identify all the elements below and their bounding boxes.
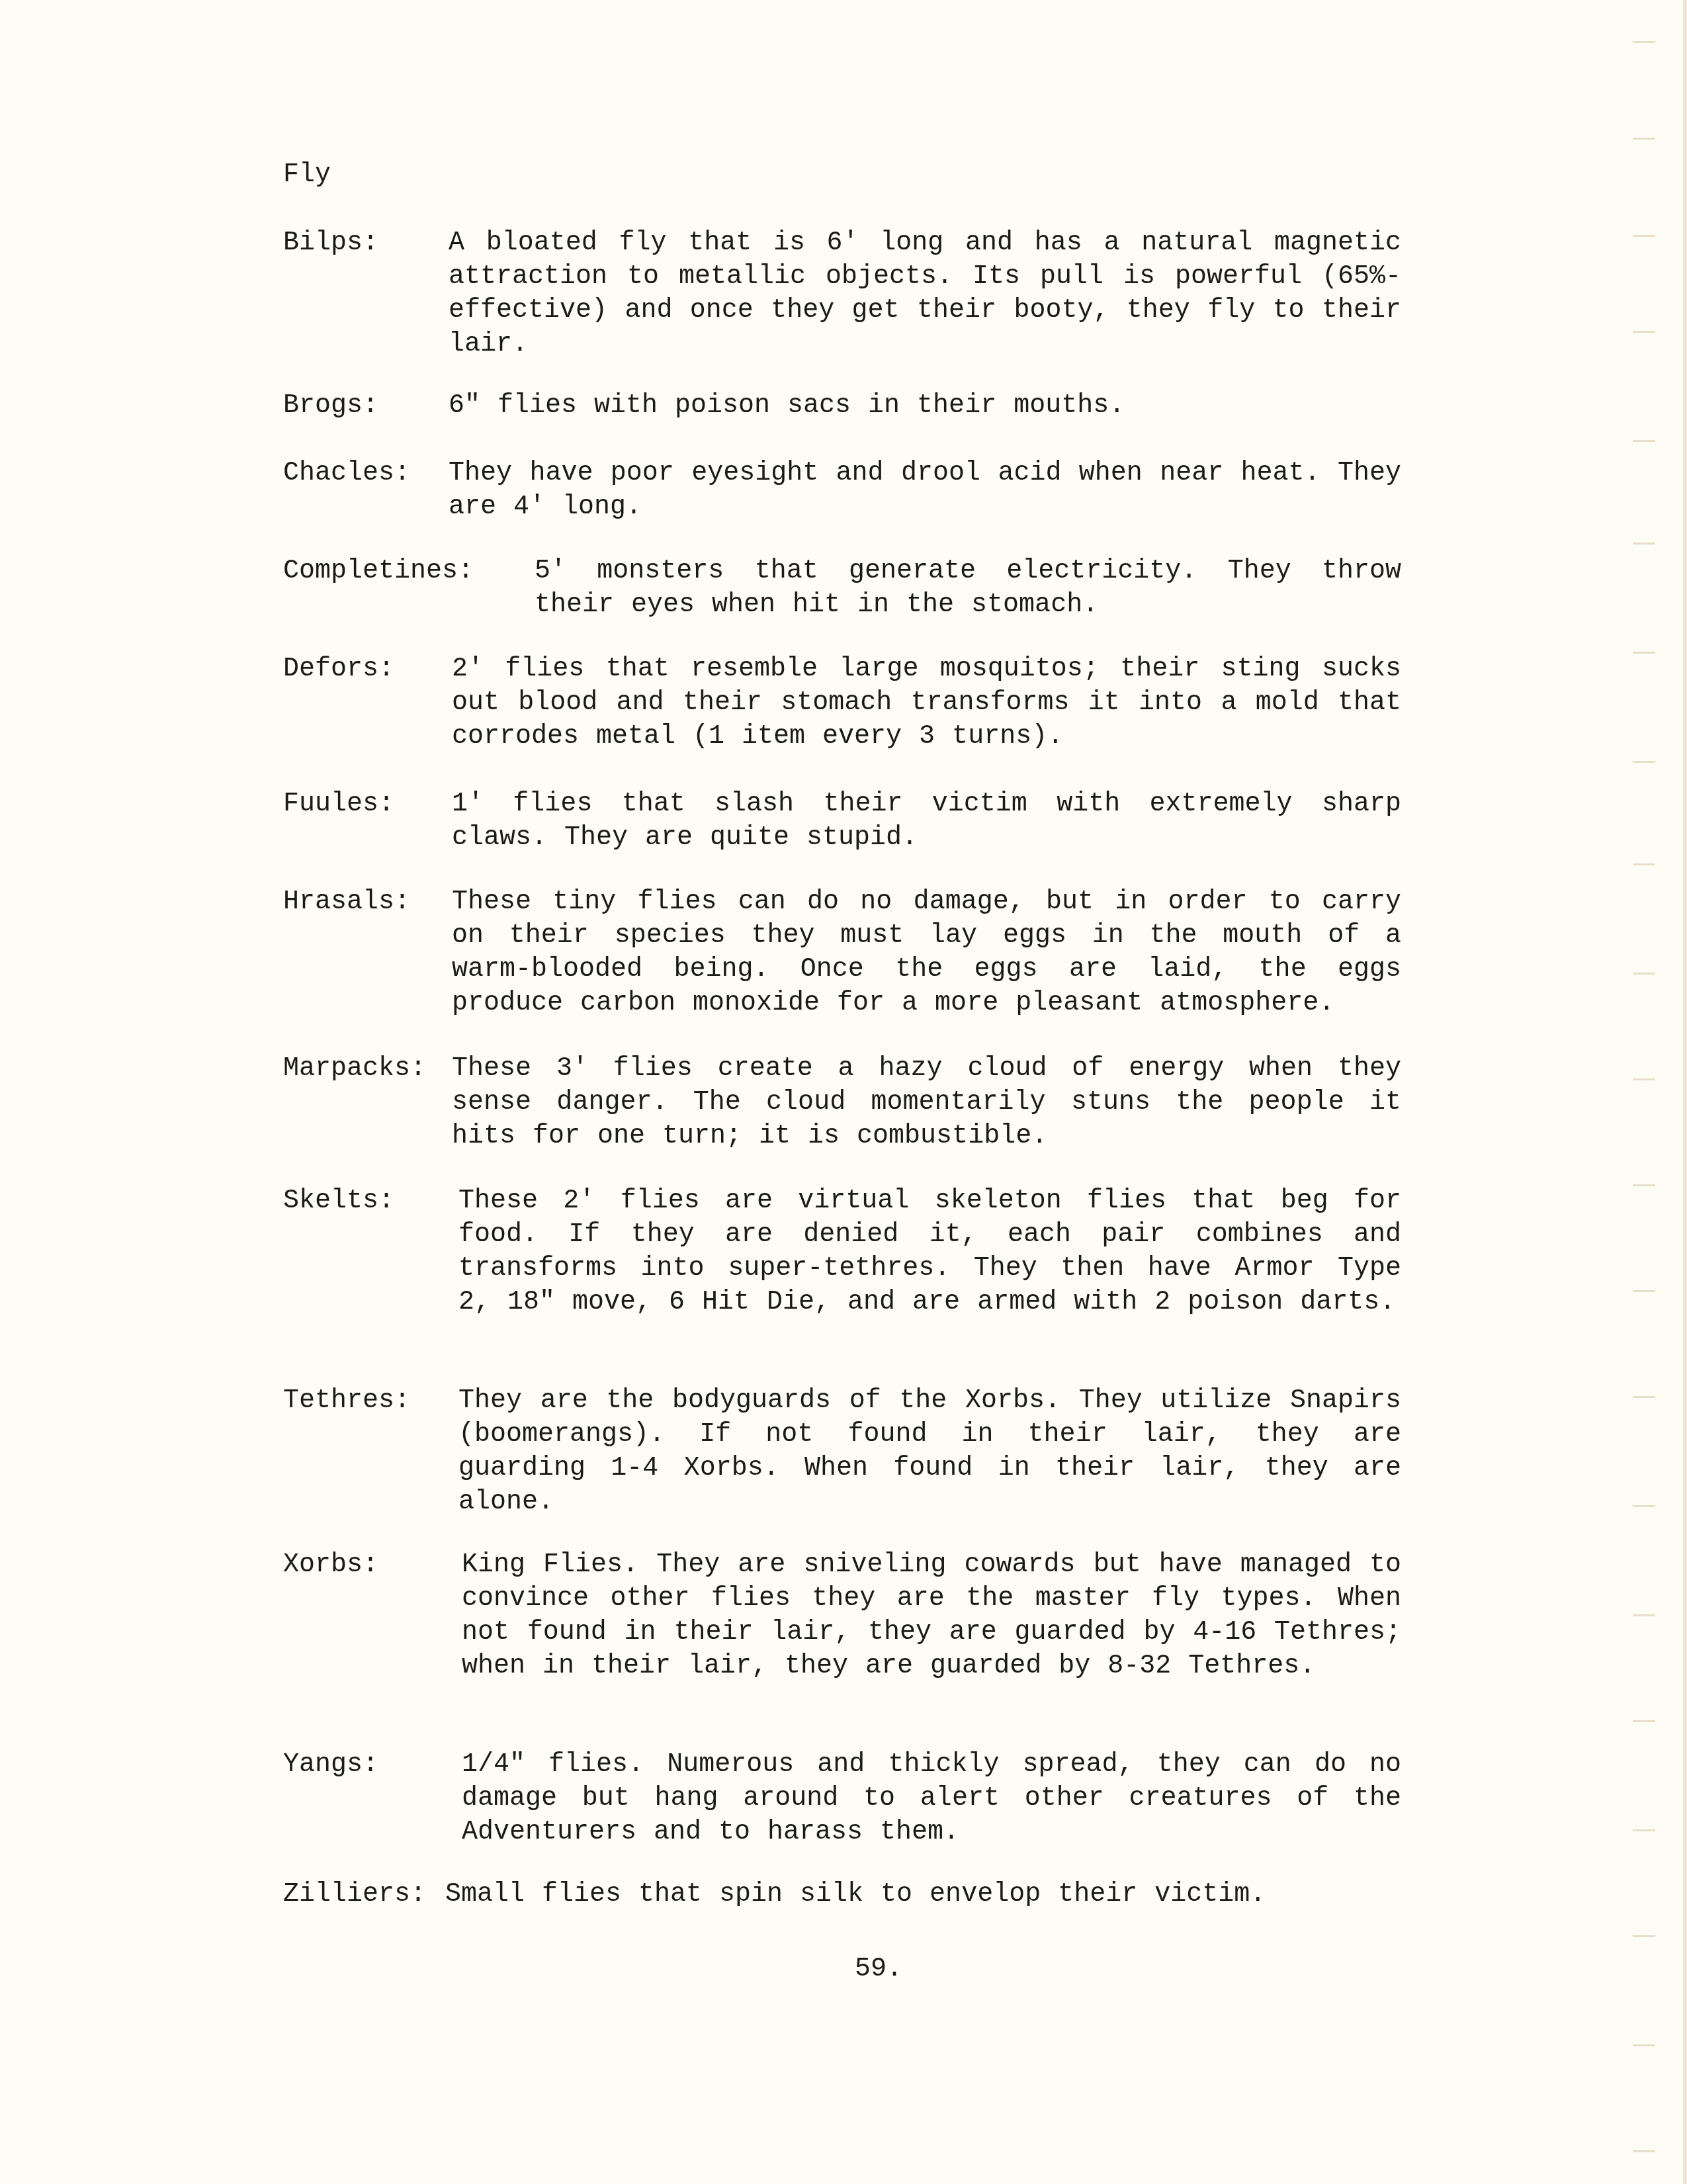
margin-mark	[1633, 331, 1655, 333]
entry-description: These 3' flies create a hazy cloud of en…	[452, 1052, 1401, 1153]
entry-term: Completines:	[283, 554, 474, 588]
margin-mark	[1633, 543, 1655, 545]
entry-description: A bloated fly that is 6' long and has a …	[449, 226, 1401, 361]
section-heading: Fly	[283, 160, 331, 190]
margin-mark	[1633, 235, 1655, 237]
page-edge	[1683, 0, 1687, 2184]
entry-term: Tethres:	[283, 1384, 410, 1418]
entry-term: Fuules:	[283, 787, 394, 821]
entry-description: These tiny flies can do no damage, but i…	[452, 885, 1401, 1020]
margin-mark	[1633, 1829, 1655, 1831]
entry-term: Skelts:	[283, 1184, 394, 1218]
entry-description: King Flies. They are sniveling cowards b…	[462, 1548, 1401, 1683]
margin-mark	[1633, 863, 1655, 865]
entry-description: 5' monsters that generate electricity. T…	[535, 554, 1401, 622]
entry-description: 2' flies that resemble large mosquitos; …	[452, 652, 1401, 754]
margin-mark	[1633, 1396, 1655, 1398]
page-number: 59.	[855, 1954, 902, 1984]
entry-description: 6" flies with poison sacs in their mouth…	[449, 389, 1401, 423]
entry-term: Yangs:	[283, 1748, 378, 1782]
margin-mark	[1633, 1290, 1655, 1292]
entry-description: Small flies that spin silk to envelop th…	[445, 1878, 1371, 1911]
margin-mark	[1633, 652, 1655, 654]
entry-description: They are the bodyguards of the Xorbs. Th…	[458, 1384, 1401, 1519]
entry-term: Hrasals:	[283, 885, 410, 919]
margin-mark	[1633, 440, 1655, 442]
margin-mark	[1633, 2044, 1655, 2046]
entry-term: Brogs:	[283, 389, 378, 423]
margin-mark	[1633, 1720, 1655, 1722]
entry-term: Chacles:	[283, 457, 410, 490]
margin-mark	[1633, 1935, 1655, 1937]
margin-mark	[1633, 2150, 1655, 2152]
entry-description: 1/4" flies. Numerous and thickly spread,…	[462, 1748, 1401, 1849]
entry-term: Marpacks:	[283, 1052, 426, 1086]
margin-mark	[1633, 1505, 1655, 1507]
margin-mark	[1633, 1078, 1655, 1080]
margin-mark	[1633, 973, 1655, 975]
margin-mark	[1633, 761, 1655, 763]
margin-mark	[1633, 1614, 1655, 1616]
entry-description: 1' flies that slash their victim with ex…	[452, 787, 1401, 855]
entry-term: Bilps:	[283, 226, 378, 260]
entry-description: They have poor eyesight and drool acid w…	[449, 457, 1401, 524]
entry-term: Defors:	[283, 652, 394, 686]
entry-term: Zilliers:	[283, 1878, 426, 1911]
entry-description: These 2' flies are virtual skeleton flie…	[458, 1184, 1401, 1319]
margin-mark	[1633, 138, 1655, 140]
entry-term: Xorbs:	[283, 1548, 378, 1582]
margin-mark	[1633, 41, 1655, 43]
margin-mark	[1633, 1184, 1655, 1186]
